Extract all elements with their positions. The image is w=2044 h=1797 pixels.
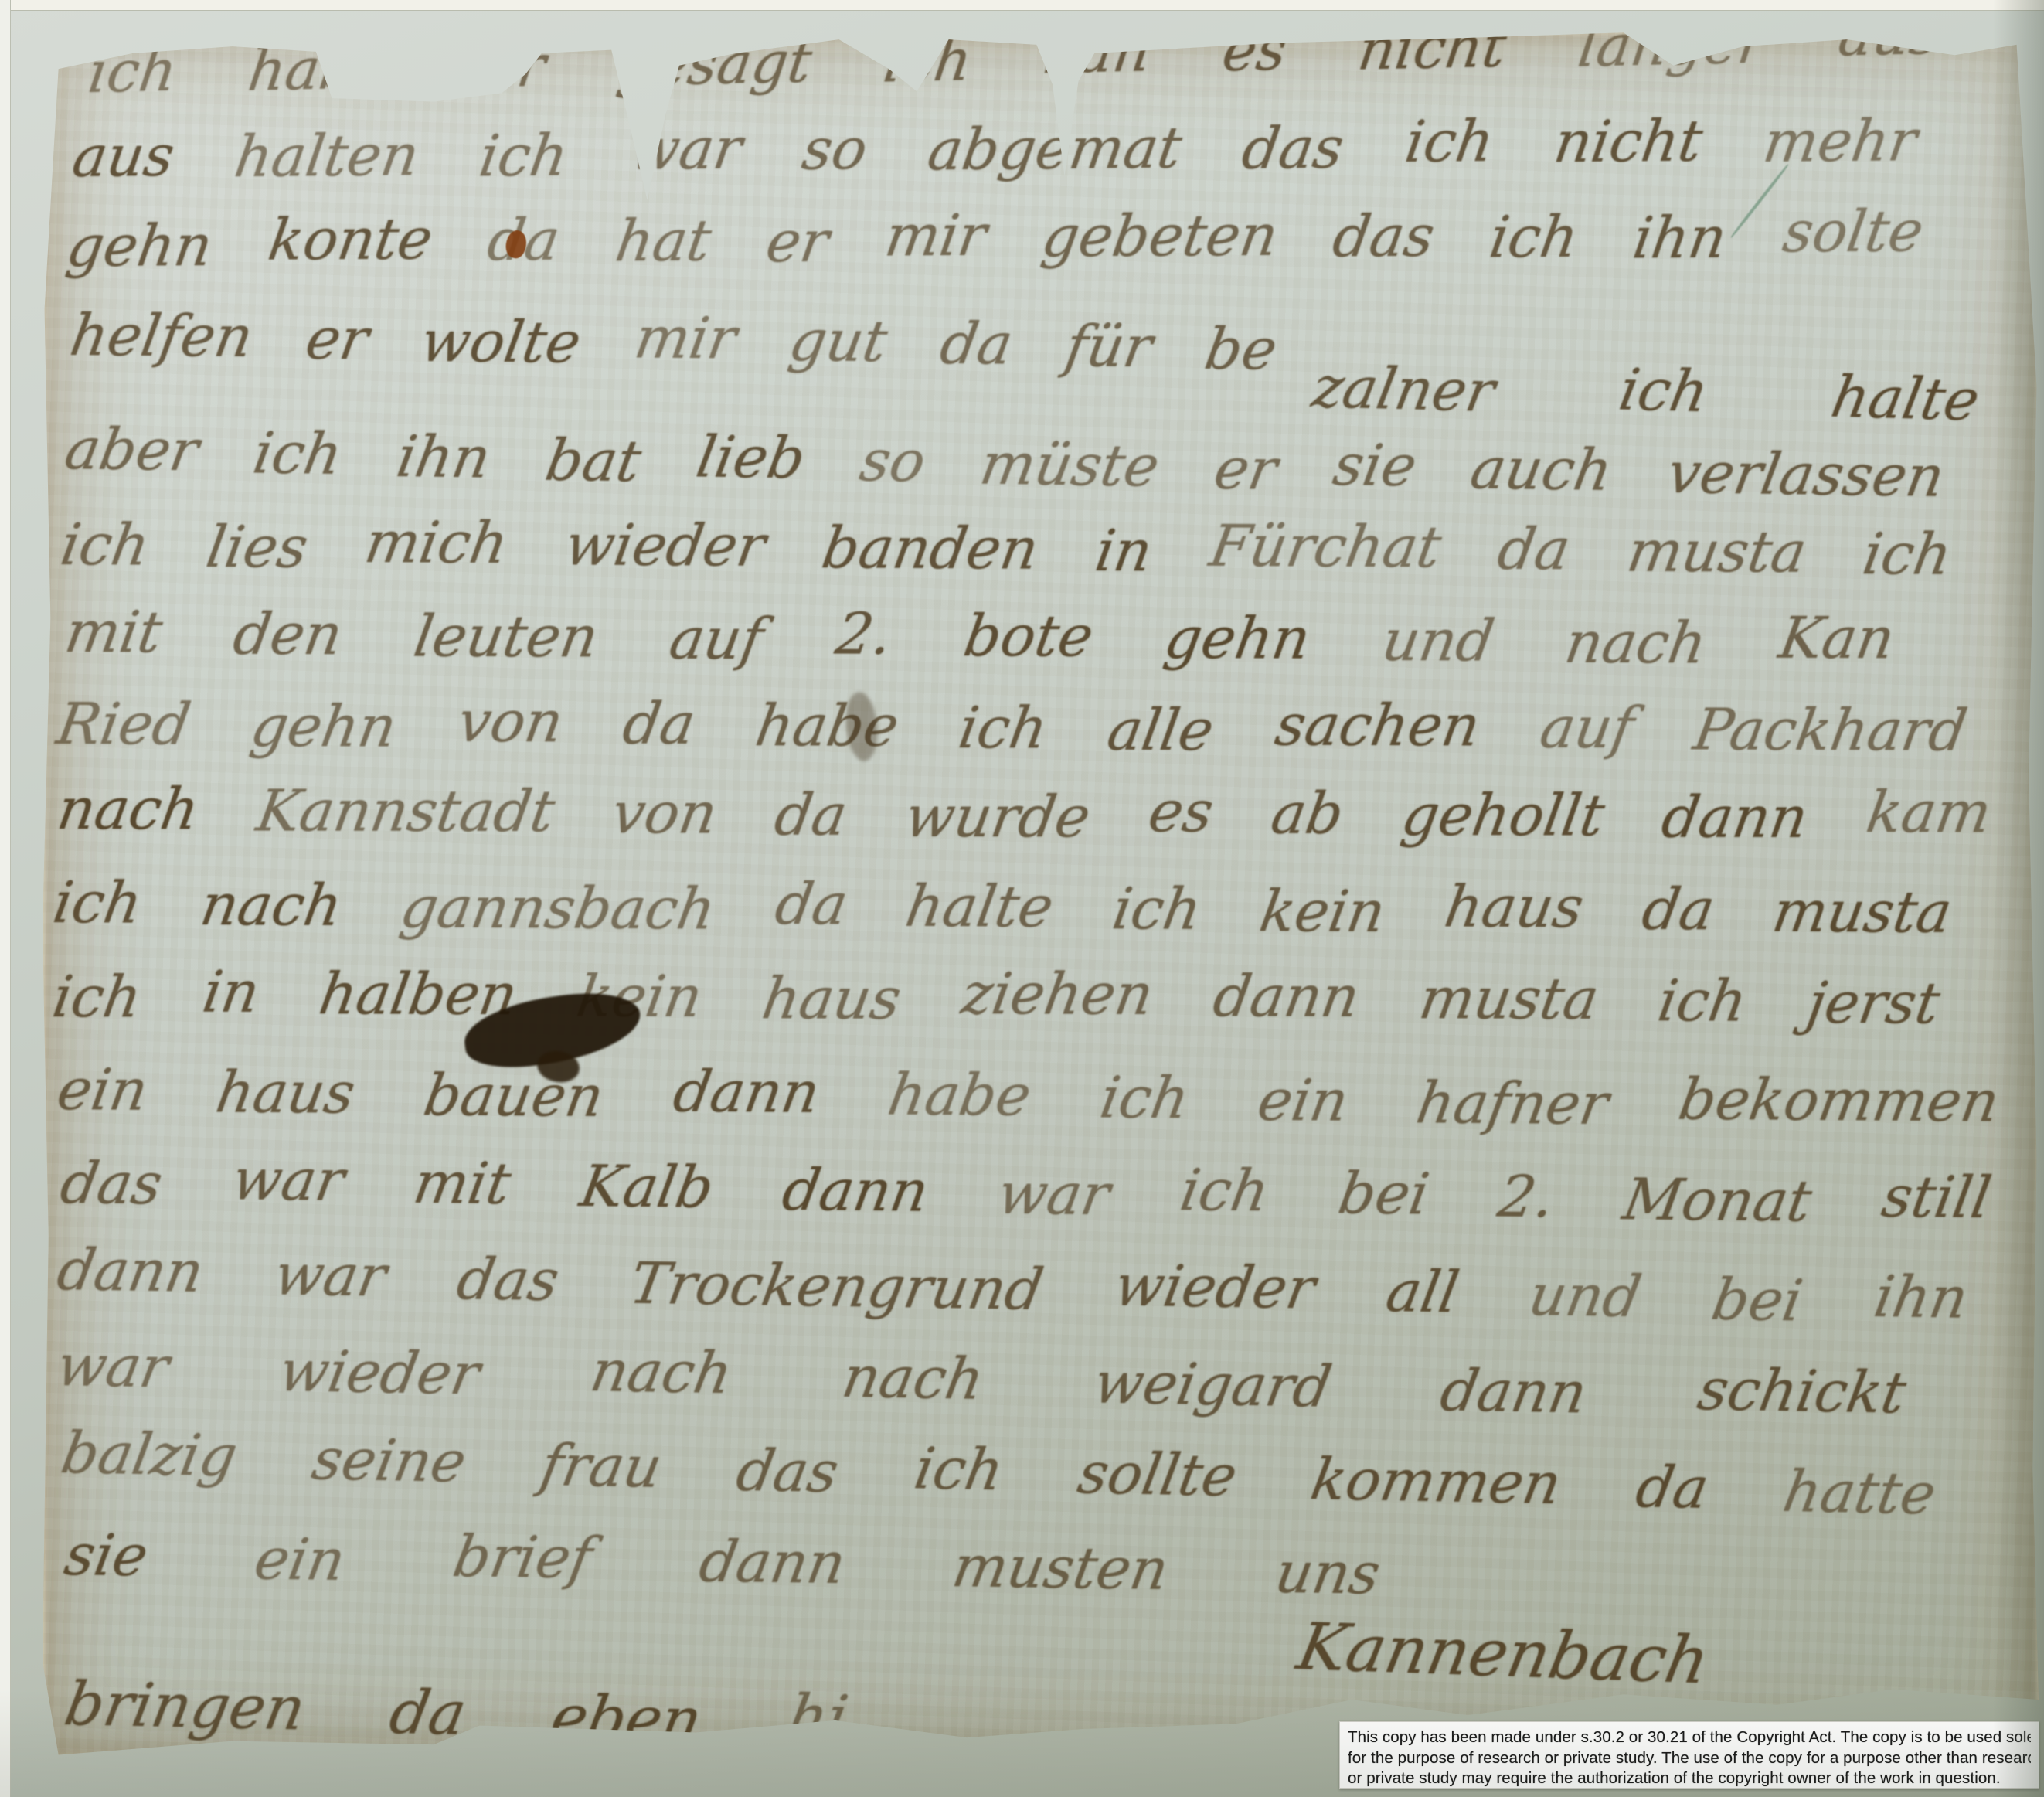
handwriting-line: sieeinbriefdannmustenuns [65,1521,1379,1617]
handwriting-line: gehnkontedahatermirgebetendasichihnsolte [68,200,1923,288]
copyright-notice-label: This copy has been made under s.30.2 or … [1339,1721,2039,1789]
handwriting-line: ichinhalbenkeinhausziehendannmustaichjer… [54,961,1940,1045]
scanned-letter-page: ichhabeihrgesagtichkanesnichtlängerausau… [0,0,2044,1797]
handwriting-line: nachKannstadtvondawurdeesabgeholltdannka… [58,779,1990,859]
scanner-frame-left-edge [0,0,11,1797]
scanner-frame-top-edge [0,0,2044,11]
handwriting-line: balzigseinefraudasichsolltekommendahatte [61,1422,1936,1536]
handwriting-line: dannwardasTrockengrundwiederallundbeiihn [57,1238,1967,1346]
handwriting-line: aushaltenichwarsoabgematdasichnichtmehr [73,107,1917,201]
handwriting-line: bringendaebenhi [65,1669,847,1763]
copyright-notice-line: This copy has been made under s.30.2 or … [1348,1727,2031,1748]
handwriting-line: ichnachgannsbachdahalteichkeinhausdamust… [54,870,1951,957]
handwriting-line: Kannenbach [1297,1612,1979,1713]
handwriting-line: RiedgehnvondahabeichallesachenaufPackhar… [58,690,1967,774]
handwriting-line: daswarmitKalbdannwarichbei2.Monatstill [61,1148,1990,1245]
handwriting-line: ichhabeihrgesagtichkanesnichtlängeraus [88,4,1940,120]
handwriting-line: warwiedernachnachweigarddannschickt [57,1331,1905,1441]
handwriting-line: ichliesmichwiederbandeninFürchatdamustai… [62,510,1951,597]
copyright-notice-line: or private study may require the authori… [1348,1768,2031,1789]
torn-letter-paper: ichhabeihrgesagtichkanesnichtlängerausau… [43,31,2039,1758]
copyright-notice-line: for the purpose of research or private s… [1348,1748,2031,1769]
handwriting-line: zalnerichhalte [1313,352,1979,446]
handwriting-line: mitdenleutenauf2.botegehnundnachKan [66,601,1893,685]
handwriting-line: helfenerwoltemirgutdafürbe [71,303,1277,391]
handwriting-line: einhausbauendannhabeicheinhafnerbekommen [58,1057,1998,1149]
